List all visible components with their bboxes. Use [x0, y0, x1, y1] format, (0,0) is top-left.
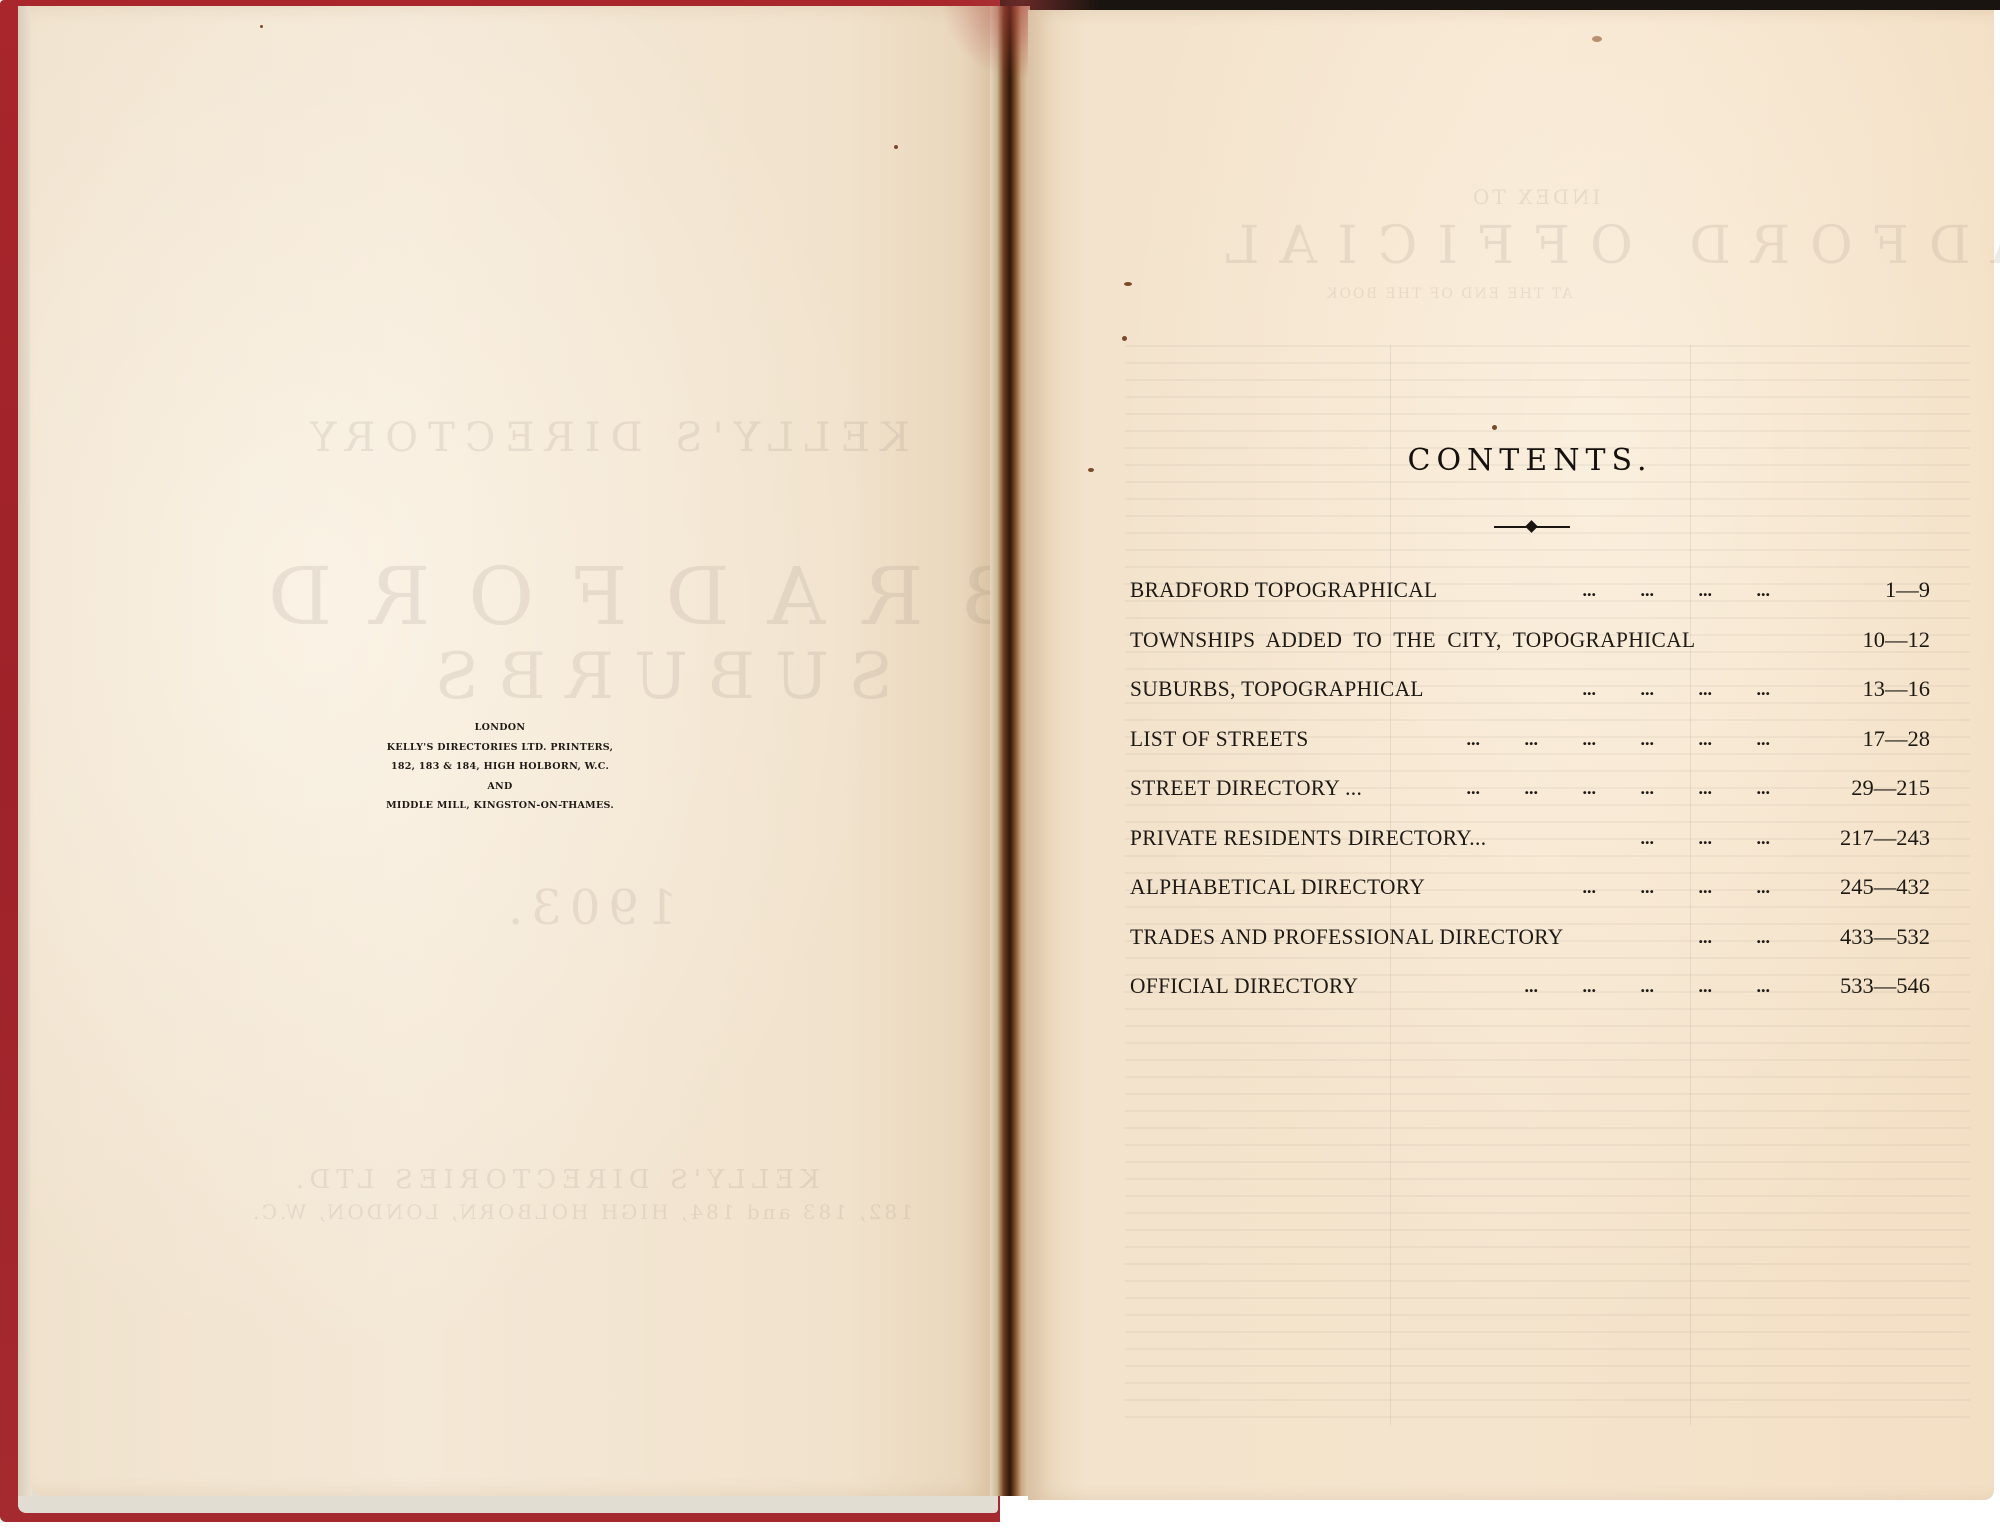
page-range: 245—432	[1840, 867, 1930, 907]
dot-leaders: ... ... ... ... ... ...	[1467, 719, 1771, 759]
contents-entry: PRIVATE RESIDENTS DIRECTORY... ... ... .…	[1130, 818, 1930, 868]
entry-title: TRADES AND PROFESSIONAL DIRECTORY	[1130, 917, 1564, 957]
contents-entry: ALPHABETICAL DIRECTORY ... ... ... ... 2…	[1130, 867, 1930, 917]
dot-leaders: ... ... ... ... ... ...	[1467, 768, 1771, 808]
imprint-line: AND	[360, 777, 640, 797]
dot-leaders: ... ... ... ...	[1583, 570, 1771, 610]
page-range: 10—12	[1863, 620, 1931, 660]
imprint-line: 182, 183 & 184, HIGH HOLBORN, W.C.	[360, 757, 640, 777]
contents-entry: BRADFORD TOPOGRAPHICAL ... ... ... ... 1…	[1130, 570, 1930, 620]
foxing-speck	[894, 145, 898, 149]
imprint-line: LONDON	[360, 718, 640, 738]
printer-imprint: LONDON KELLY'S DIRECTORIES LTD. PRINTERS…	[360, 718, 640, 816]
dot-leaders: ... ... ...	[1641, 818, 1771, 858]
entry-title: SUBURBS, TOPOGRAPHICAL	[1130, 669, 1424, 709]
page-range: 217—243	[1840, 818, 1930, 858]
entry-title: BRADFORD TOPOGRAPHICAL	[1130, 570, 1437, 610]
dot-leaders: ... ... ... ...	[1583, 669, 1771, 709]
foxing-speck	[1492, 425, 1497, 430]
dot-leaders: ... ... ... ...	[1583, 867, 1771, 907]
foxing-speck	[1124, 282, 1132, 286]
entry-title: OFFICIAL DIRECTORY	[1130, 966, 1358, 1006]
contents-entry: SUBURBS, TOPOGRAPHICAL ... ... ... ... 1…	[1130, 669, 1930, 719]
entry-title: TOWNSHIPS ADDED TO THE CITY, TOPOGRAPHIC…	[1130, 620, 1695, 660]
dot-leaders: ... ...	[1699, 917, 1771, 957]
entry-title: LIST OF STREETS	[1130, 719, 1309, 759]
entry-title: PRIVATE RESIDENTS DIRECTORY...	[1130, 818, 1486, 858]
page-range: 17—28	[1863, 719, 1931, 759]
entry-title: ALPHABETICAL DIRECTORY	[1130, 867, 1425, 907]
foxing-speck	[1088, 468, 1094, 472]
entry-title: STREET DIRECTORY ...	[1130, 768, 1362, 808]
foxing-speck	[260, 25, 263, 28]
contents-entry: LIST OF STREETS ... ... ... ... ... ... …	[1130, 719, 1930, 769]
book-spine	[990, 6, 1030, 1496]
foxing-speck	[1122, 336, 1127, 341]
contents-entry: OFFICIAL DIRECTORY ... ... ... ... ... 5…	[1130, 966, 1930, 1016]
foxing-speck	[1592, 36, 1602, 42]
diamond-icon	[1525, 520, 1538, 533]
contents-entry: TRADES AND PROFESSIONAL DIRECTORY ... ..…	[1130, 917, 1930, 967]
page-range: 29—215	[1851, 768, 1930, 808]
page-range: 1—9	[1885, 570, 1930, 610]
dot-leaders: ... ... ... ... ...	[1525, 966, 1771, 1006]
page-range: 13—16	[1863, 669, 1931, 709]
contents-heading: CONTENTS.	[1340, 443, 1720, 478]
page-range: 533—546	[1840, 966, 1930, 1006]
imprint-line: KELLY'S DIRECTORIES LTD. PRINTERS,	[360, 738, 640, 758]
page-range: 433—532	[1840, 917, 1930, 957]
imprint-line: MIDDLE MILL, KINGSTON-ON-THAMES.	[360, 796, 640, 816]
cover-edge	[1000, 0, 2000, 10]
contents-entry: STREET DIRECTORY ... ... ... ... ... ...…	[1130, 768, 1930, 818]
ornament-divider	[1494, 521, 1570, 533]
contents-entry: TOWNSHIPS ADDED TO THE CITY, TOPOGRAPHIC…	[1130, 620, 1930, 670]
contents-list: BRADFORD TOPOGRAPHICAL ... ... ... ... 1…	[1130, 570, 1930, 1016]
